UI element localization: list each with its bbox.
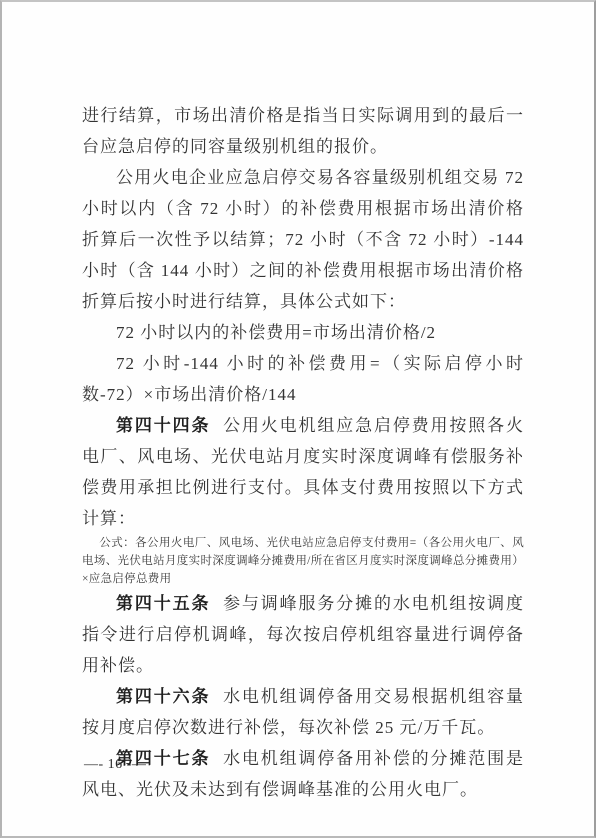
article-paragraph: 第四十六条水电机组调停备用交易根据机组容量按月度启停次数进行补偿，每次补偿 25… <box>82 681 524 743</box>
formula-paragraph: 72 小时以内的补偿费用=市场出清价格/2 <box>82 317 524 348</box>
article-number: 第四十六条 <box>116 687 210 706</box>
article-number: 第四十四条 <box>116 416 210 435</box>
scanned-document-page: 进行结算，市场出清价格是指当日实际调用到的最后一台应急启停的同容量级别机组的报价… <box>0 0 596 838</box>
page-number: —- 16 -— <box>84 755 146 775</box>
article-paragraph: 第四十五条参与调峰服务分摊的水电机组按调度指令进行启停机调峰，每次按启停机组容量… <box>82 588 524 681</box>
article-paragraph: 第四十四条公用火电机组应急启停费用按照各火电厂、风电场、光伏电站月度实时深度调峰… <box>82 410 524 534</box>
body-paragraph: 公用火电企业应急启停交易各容量级别机组交易 72 小时以内（含 72 小时）的补… <box>82 162 524 317</box>
article-number: 第四十五条 <box>116 594 210 613</box>
formula-paragraph: 72 小时-144 小时的补偿费用=（实际启停小时数-72）×市场出清价格/14… <box>82 348 524 410</box>
body-paragraph: 进行结算，市场出清价格是指当日实际调用到的最后一台应急启停的同容量级别机组的报价… <box>82 100 524 162</box>
document-body: 进行结算，市场出清价格是指当日实际调用到的最后一台应急启停的同容量级别机组的报价… <box>82 100 524 805</box>
article-paragraph: 第四十七条水电机组调停备用补偿的分摊范围是风电、光伏及未达到有偿调峰基准的公用火… <box>82 743 524 805</box>
note-paragraph: 公式：各公用火电厂、风电场、光伏电站应急启停支付费用=（各公用火电厂、风电场、光… <box>82 534 524 588</box>
